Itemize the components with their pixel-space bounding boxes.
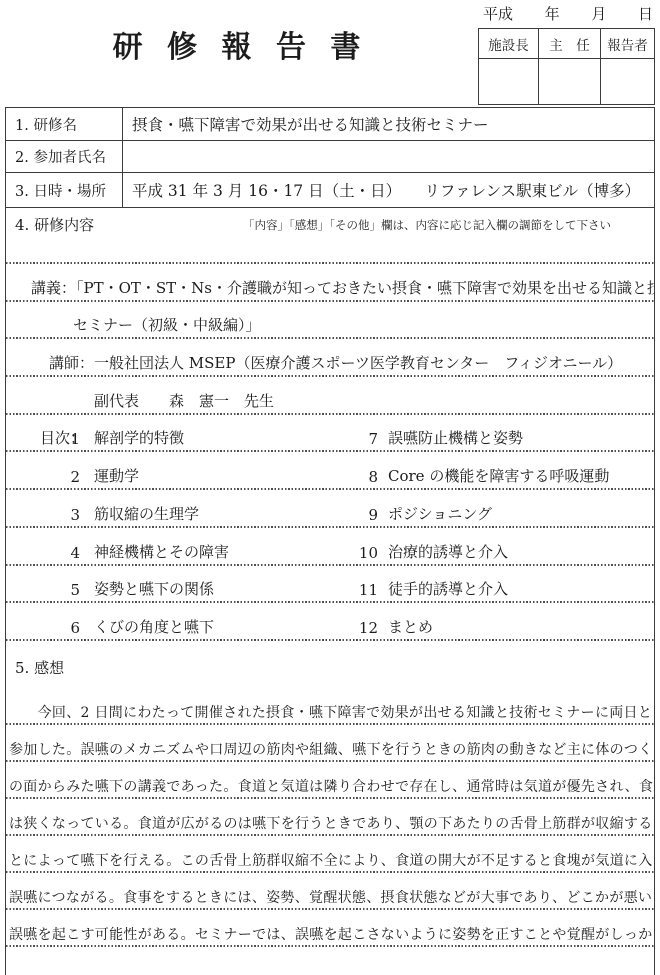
toc-num-right: 12 <box>358 619 378 637</box>
seminar-level-text: セミナー（初級・中級編）」 <box>6 314 261 335</box>
toc-num-right: 10 <box>358 544 378 562</box>
writing-line-vice-rep: 副代表 森 憲一 先生 <box>6 377 654 415</box>
signoff-header-facility-head: 施設長 <box>479 29 539 59</box>
field-label-date-place: 3. 日時・場所 <box>6 173 123 207</box>
impression-line-3: の面からみた嚥下の講義であった。食道と気道は隣り合わせで存在し、通常時は気道が優… <box>6 762 654 799</box>
impression-line-1: 今回、2 日間にわたって開催された摂食・嚥下障害で効果が出せる知識と技術セミナー… <box>6 688 654 725</box>
page-title: 研 修 報 告 書 <box>0 22 480 66</box>
signoff-stamp-cell-facility-head <box>479 59 539 104</box>
date-era-label: 平成 <box>483 3 513 24</box>
toc-num-right: 9 <box>358 506 378 524</box>
date-year-label: 年 <box>545 3 560 24</box>
writing-line-seminar: セミナー（初級・中級編）」 <box>6 302 654 340</box>
writing-line-instructor: 講師：一般社団法人 MSEP（医療介護スポーツ医学教育センター フィジオニール） <box>6 339 654 377</box>
impression-text: は狭くなっている。食道が広がるのは嚥下を行うときであり、顎の下あたりの舌骨上筋群… <box>9 813 655 833</box>
signoff-header-reporter: 報告者 <box>601 29 654 59</box>
impression-line-2: 参加した。誤嚥のメカニズムや口周辺の筋肉や組織、嚥下を行うときの筋肉の動きなど主… <box>6 725 654 762</box>
impression-text: 誤嚥につながる。食事をするときには、姿勢、覚醒状態、摂食状態などが大事であり、ど… <box>9 887 655 907</box>
toc-item-right: 治療的誘導と介入 <box>388 541 508 562</box>
toc-num-right: 8 <box>358 468 378 486</box>
toc-item-right: Core の機能を障害する呼吸運動 <box>388 465 609 486</box>
toc-item-right: 徒手的誘導と介入 <box>388 578 508 599</box>
section5-label: 5. 感想 <box>6 641 654 688</box>
field-label-participant-name: 2. 参加者氏名 <box>6 141 123 172</box>
toc-row-5: 5 姿勢と嚥下の関係 11 徒手的誘導と介入 <box>6 566 654 604</box>
impression-line-6: 誤嚥につながる。食事をするときには、姿勢、覚醒状態、摂食状態などが大事であり、ど… <box>6 873 654 910</box>
toc-num-left: 2 <box>60 468 80 486</box>
impression-line-7: 誤嚥を起こす可能性がある。セミナーでは、誤嚥を起こさないように姿勢を正すことや覚… <box>6 910 654 947</box>
signoff-stamp-cell-chief <box>539 59 601 104</box>
impression-text: とによって嚥下を行える。この舌骨上筋群収縮不全により、食道の開大が不足すると食塊… <box>9 850 655 870</box>
toc-num-left: 1 <box>60 430 80 448</box>
toc-num-left: 6 <box>60 619 80 637</box>
toc-num-right: 7 <box>358 430 378 448</box>
toc-num-right: 11 <box>358 581 378 599</box>
impression-text: 参加した。誤嚥のメカニズムや口周辺の筋肉や組織、嚥下を行うときの筋肉の動きなど主… <box>9 739 655 759</box>
impression-line-4: は狭くなっている。食道が広がるのは嚥下を行うときであり、顎の下あたりの舌骨上筋群… <box>6 799 654 836</box>
vice-representative-text: 副代表 森 憲一 先生 <box>6 390 274 411</box>
field-value-participant-name <box>123 141 654 172</box>
toc-item-right: ポジショニング <box>388 503 492 524</box>
toc-num-left: 5 <box>60 581 80 599</box>
toc-item-right: 誤嚥防止機構と姿勢 <box>388 427 523 448</box>
date-month-label: 月 <box>591 3 606 24</box>
toc-item-left: 神経機構とその障害 <box>94 541 229 562</box>
section4-header: 4. 研修内容 「内容」「感想」「その他」欄は、内容に応じ記入欄の調節をして下さ… <box>6 208 654 264</box>
instructor-text: 講師：一般社団法人 MSEP（医療介護スポーツ医学教育センター フィジオニール） <box>6 352 622 373</box>
field-row-participant-name: 2. 参加者氏名 <box>6 141 654 173</box>
field-label-training-name: 1. 研修名 <box>6 108 123 140</box>
section4-note: 「内容」「感想」「その他」欄は、内容に応じ記入欄の調節をして下さい <box>243 217 611 233</box>
toc-row-1: 目次： 1 解剖学的特徴 7 誤嚥防止機構と姿勢 <box>6 415 654 453</box>
toc-row-4: 4 神経機構とその障害 10 治療的誘導と介入 <box>6 528 654 566</box>
toc-row-2: 2 運動学 8 Core の機能を障害する呼吸運動 <box>6 452 654 490</box>
impression-text: の面からみた嚥下の講義であった。食道と気道は隣り合わせで存在し、通常時は気道が優… <box>9 776 655 796</box>
toc-item-left: 解剖学的特徴 <box>94 427 184 448</box>
toc-num-left: 3 <box>60 506 80 524</box>
impression-line-5: とによって嚥下を行える。この舌骨上筋群収縮不全により、食道の開大が不足すると食塊… <box>6 836 654 873</box>
field-row-date-place: 3. 日時・場所 平成 31 年 3 月 16・17 日（土・日） リファレンス… <box>6 173 654 208</box>
field-value-date-place: 平成 31 年 3 月 16・17 日（土・日） リファレンス駅東ビル（博多） <box>123 173 654 207</box>
date-line: 平成 年 月 日 <box>483 3 653 24</box>
toc-item-right: まとめ <box>388 616 433 637</box>
toc-item-left: 運動学 <box>94 465 139 486</box>
report-form: 1. 研修名 摂食・嚥下障害で効果が出せる知識と技術セミナー 2. 参加者氏名 … <box>5 107 655 975</box>
toc-item-left: 筋収縮の生理学 <box>94 503 199 524</box>
signoff-stamp-cell-reporter <box>601 59 654 104</box>
toc-item-left: くびの角度と嚥下 <box>94 616 214 637</box>
signoff-header-chief: 主 任 <box>539 29 601 59</box>
field-row-training-name: 1. 研修名 摂食・嚥下障害で効果が出せる知識と技術セミナー <box>6 108 654 141</box>
signoff-table: 施設長 主 任 報告者 <box>478 28 655 105</box>
toc-num-left: 4 <box>60 544 80 562</box>
field-value-training-name: 摂食・嚥下障害で効果が出せる知識と技術セミナー <box>123 108 654 140</box>
writing-line-lecture: 講義：「PT・OT・ST・Ns・介護職が知っておきたい摂食・嚥下障害で効果を出せ… <box>6 264 654 302</box>
toc-row-3: 3 筋収縮の生理学 9 ポジショニング <box>6 490 654 528</box>
impression-text: 今回、2 日間にわたって開催された摂食・嚥下障害で効果が出せる知識と技術セミナー… <box>9 702 655 722</box>
section4-label: 4. 研修内容 <box>15 214 94 235</box>
date-day-label: 日 <box>638 3 653 24</box>
toc-item-left: 姿勢と嚥下の関係 <box>94 578 214 599</box>
toc-row-6: 6 くびの角度と嚥下 12 まとめ <box>6 603 654 641</box>
impression-text: 誤嚥を起こす可能性がある。セミナーでは、誤嚥を起こさないように姿勢を正すことや覚… <box>9 924 655 944</box>
lecture-title-text: 講義：「PT・OT・ST・Ns・介護職が知っておきたい摂食・嚥下障害で効果を出せ… <box>6 277 655 298</box>
